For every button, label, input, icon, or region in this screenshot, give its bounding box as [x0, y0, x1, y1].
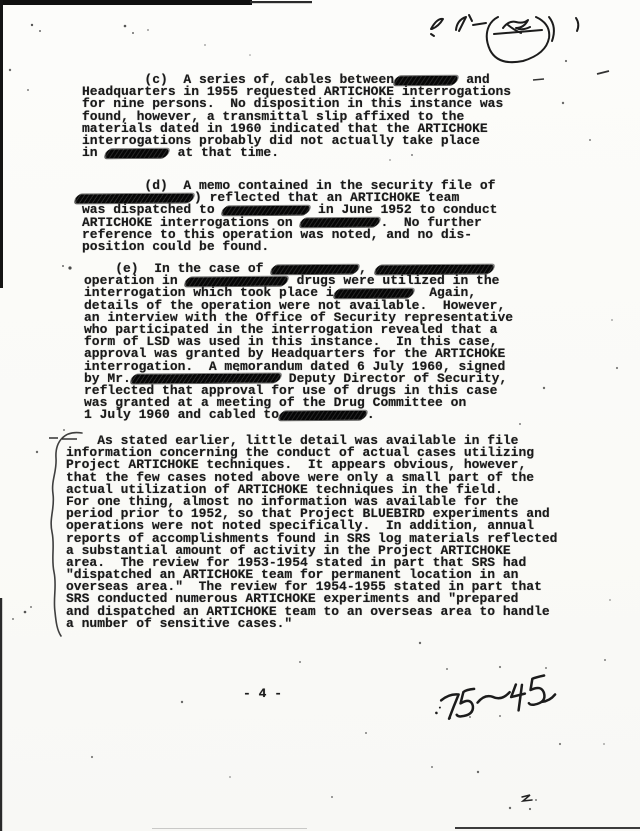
paragraph-e: (e) In the case of , operation in drugs … — [84, 263, 513, 421]
redaction-mark — [374, 264, 493, 274]
page-number: - 4 - — [243, 686, 282, 701]
redaction-mark — [300, 218, 380, 228]
redaction-mark — [394, 75, 459, 84]
redaction-mark — [131, 374, 282, 384]
paragraph-d: (d) A memo contained in the security fil… — [82, 180, 497, 253]
redaction-mark — [333, 289, 413, 299]
text-line: in at that time. — [82, 147, 511, 159]
text-line: interrogations probably did not actually… — [82, 135, 511, 147]
redaction-mark — [105, 148, 170, 157]
scanned-document-page: (c) A series of, cables between andHeadq… — [0, 0, 640, 831]
redaction-mark — [271, 264, 359, 274]
text-line: position could be found. — [82, 241, 497, 253]
text-line: 1 July 1960 and cabled to. — [84, 409, 513, 421]
redaction-mark — [222, 206, 310, 216]
redaction-mark — [279, 410, 367, 420]
closing-paragraph: As stated earlier, little detail was ava… — [66, 435, 557, 630]
paragraph-c: (c) A series of, cables between andHeadq… — [82, 74, 511, 159]
redaction-mark — [185, 276, 289, 286]
text-line: a number of sensitive cases." — [66, 618, 557, 630]
redaction-mark — [75, 193, 194, 203]
